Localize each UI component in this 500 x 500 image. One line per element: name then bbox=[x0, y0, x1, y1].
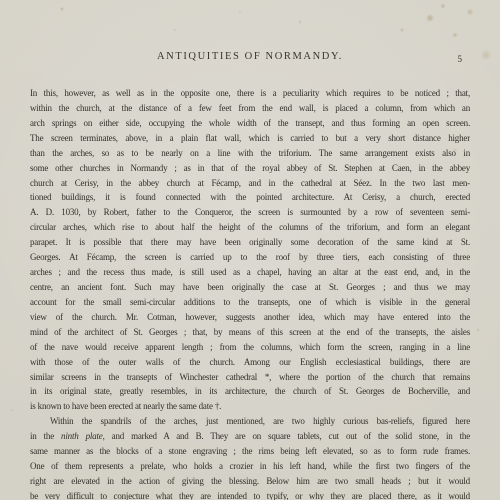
text-line: be very difficult to conjecture what the… bbox=[30, 489, 470, 500]
text-line: view of the church. Mr. Cotman, however,… bbox=[30, 310, 470, 325]
text-line: account for the small semi-circular addi… bbox=[30, 295, 470, 310]
text-line: within the church, at the distance of a … bbox=[30, 101, 470, 116]
text-segment: arches ; and the recess thus made, is st… bbox=[30, 267, 470, 277]
book-page: ANTIQUITIES OF NORMANDY. 5 In this, howe… bbox=[0, 0, 500, 500]
text-line: centre, an ancient font. Such may have b… bbox=[30, 280, 470, 295]
text-line: Georges. At Fécamp, the screen is carrie… bbox=[30, 250, 470, 265]
text-segment: church at Cerisy, in the abbey church at… bbox=[30, 178, 470, 188]
text-line: in its original state, greatly resembles… bbox=[30, 384, 470, 399]
page-header: ANTIQUITIES OF NORMANDY. 5 bbox=[30, 51, 470, 69]
text-line: right are elevated in the action of givi… bbox=[30, 474, 470, 489]
text-line: circular arches, which rise to about hal… bbox=[30, 220, 470, 235]
text-segment: similar screens in the transepts of Winc… bbox=[30, 372, 470, 382]
text-line: arch springs on either side, occupying t… bbox=[30, 116, 470, 131]
text-line: A. D. 1030, by Robert, father to the Con… bbox=[30, 205, 470, 220]
text-segment: be very difficult to conjecture what the… bbox=[30, 491, 470, 500]
text-line: in the ninth plate, and marked A and B. … bbox=[30, 429, 470, 444]
text-segment: in the bbox=[30, 431, 61, 441]
text-segment: in its original state, greatly resembles… bbox=[30, 386, 470, 396]
text-segment: arch springs on either side, occupying t… bbox=[30, 118, 470, 128]
text-segment: The screen terminates, above, in a plain… bbox=[30, 133, 470, 143]
text-segment: than the arches, so as to be nearly on a… bbox=[30, 148, 470, 158]
text-segment: with those of the outer walls of the chu… bbox=[30, 357, 470, 367]
page-body: In this, however, as well as in the oppo… bbox=[30, 86, 470, 500]
text-line: than the arches, so as to be nearly on a… bbox=[30, 146, 470, 161]
text-segment: tioned buildings, it is found connected … bbox=[30, 192, 470, 202]
text-line: In this, however, as well as in the oppo… bbox=[30, 86, 470, 101]
text-line: is known to have been erected at nearly … bbox=[30, 399, 470, 414]
text-line: One of them represents a prelate, who ho… bbox=[30, 459, 470, 474]
text-line: similar screens in the transepts of Winc… bbox=[30, 370, 470, 385]
text-segment: Georges. At Fécamp, the screen is carrie… bbox=[30, 252, 470, 262]
text-segment: view of the church. Mr. Cotman, however,… bbox=[30, 312, 470, 322]
text-segment: is known to have been erected at nearly … bbox=[30, 401, 221, 411]
text-segment: , and marked A and B. They are on square… bbox=[103, 431, 470, 441]
text-line: arches ; and the recess thus made, is st… bbox=[30, 265, 470, 280]
text-segment: of the nave would receive apparent lengt… bbox=[30, 342, 470, 352]
text-line: The screen terminates, above, in a plain… bbox=[30, 131, 470, 146]
text-line: church at Cerisy, in the abbey church at… bbox=[30, 176, 470, 191]
page-number: 5 bbox=[458, 54, 463, 64]
text-line: with those of the outer walls of the chu… bbox=[30, 355, 470, 370]
text-segment: account for the small semi-circular addi… bbox=[30, 297, 470, 307]
text-line: same manner as the blocks of a stone eng… bbox=[30, 444, 470, 459]
text-line: some other churches in Normandy ; as in … bbox=[30, 161, 470, 176]
text-segment: parapet. It is possible that there may h… bbox=[30, 237, 470, 247]
text-line: mind of the architect of St. Georges ; t… bbox=[30, 325, 470, 340]
text-segment: One of them represents a prelate, who ho… bbox=[30, 461, 470, 471]
running-title: ANTIQUITIES OF NORMANDY. bbox=[30, 51, 470, 62]
text-line: tioned buildings, it is found connected … bbox=[30, 190, 470, 205]
text-segment: Within the spandrils of the arches, just… bbox=[50, 416, 470, 426]
text-segment: right are elevated in the action of givi… bbox=[30, 476, 470, 486]
text-line: Within the spandrils of the arches, just… bbox=[30, 414, 470, 429]
text-line: of the nave would receive apparent lengt… bbox=[30, 340, 470, 355]
text-segment: some other churches in Normandy ; as in … bbox=[30, 163, 470, 173]
text-segment: ninth plate bbox=[61, 431, 103, 441]
text-segment: centre, an ancient font. Such may have b… bbox=[30, 282, 470, 292]
text-segment: In this, however, as well as in the oppo… bbox=[30, 88, 470, 98]
text-segment: same manner as the blocks of a stone eng… bbox=[30, 446, 470, 456]
text-segment: mind of the architect of St. Georges ; t… bbox=[30, 327, 470, 337]
text-segment: circular arches, which rise to about hal… bbox=[30, 222, 470, 232]
text-segment: within the church, at the distance of a … bbox=[30, 103, 470, 113]
text-line: parapet. It is possible that there may h… bbox=[30, 235, 470, 250]
text-segment: A. D. 1030, by Robert, father to the Con… bbox=[30, 207, 470, 217]
